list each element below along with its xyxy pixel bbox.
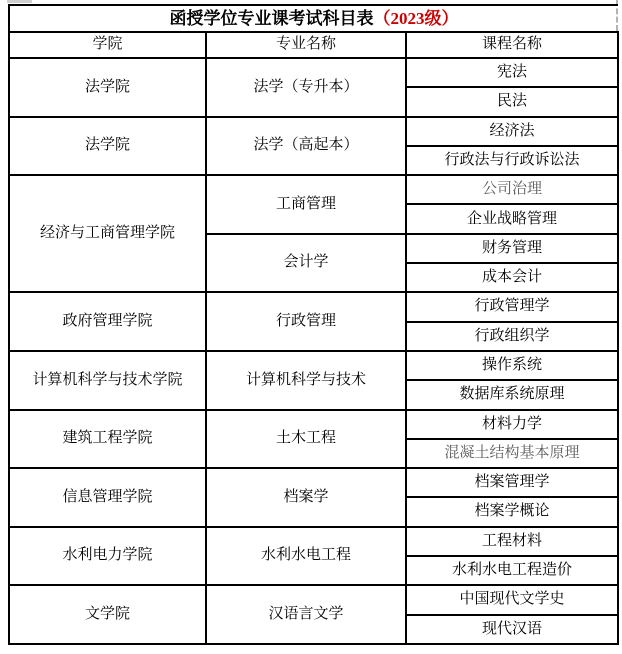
major-cell: 水利水电工程 xyxy=(206,527,406,586)
course-cell: 水利水电工程造价 xyxy=(406,556,618,585)
college-cell: 法学院 xyxy=(9,58,206,117)
major-cell: 档案学 xyxy=(206,468,406,527)
course-cell: 档案学概论 xyxy=(406,497,618,526)
column-header-major: 专业名称 xyxy=(206,32,406,58)
college-cell: 文学院 xyxy=(9,585,206,644)
college-cell: 计算机科学与技术学院 xyxy=(9,351,206,410)
exam-subject-table: 函授学位专业课考试科目表（2023级） 学院 专业名称 课程名称 法学院法学（专… xyxy=(8,4,619,645)
college-cell: 水利电力学院 xyxy=(9,527,206,586)
course-cell: 宪法 xyxy=(406,58,618,87)
major-cell: 汉语言文学 xyxy=(206,585,406,644)
course-row: 法学院法学（专升本）宪法 xyxy=(9,58,618,87)
course-cell: 成本会计 xyxy=(406,263,618,292)
course-cell: 材料力学 xyxy=(406,410,618,439)
college-cell: 政府管理学院 xyxy=(9,292,206,351)
course-row: 法学院法学（高起本）经济法 xyxy=(9,117,618,146)
college-cell: 经济与工商管理学院 xyxy=(9,175,206,292)
course-cell: 数据库系统原理 xyxy=(406,380,618,409)
major-cell: 土木工程 xyxy=(206,410,406,469)
course-row: 经济与工商管理学院工商管理公司治理 xyxy=(9,175,618,204)
table-title-black: 函授学位专业课考试科目表 xyxy=(170,9,374,28)
major-cell: 工商管理 xyxy=(206,175,406,234)
table-title-row: 函授学位专业课考试科目表（2023级） xyxy=(9,5,618,32)
college-cell: 建筑工程学院 xyxy=(9,410,206,469)
course-row: 计算机科学与技术学院计算机科学与技术操作系统 xyxy=(9,351,618,380)
course-row: 文学院汉语言文学中国现代文学史 xyxy=(9,585,618,614)
major-cell: 法学（专升本） xyxy=(206,58,406,117)
course-cell: 民法 xyxy=(406,87,618,116)
course-cell: 行政组织学 xyxy=(406,322,618,351)
table-title: 函授学位专业课考试科目表（2023级） xyxy=(9,5,618,32)
course-cell: 行政管理学 xyxy=(406,292,618,321)
table-title-red: （2023级） xyxy=(374,9,459,28)
college-cell: 信息管理学院 xyxy=(9,468,206,527)
column-header-course: 课程名称 xyxy=(406,32,618,58)
course-cell: 混凝土结构基本原理 xyxy=(406,439,618,468)
course-cell: 现代汉语 xyxy=(406,615,618,644)
course-cell: 行政法与行政诉讼法 xyxy=(406,146,618,175)
course-cell: 企业战略管理 xyxy=(406,204,618,233)
course-row: 信息管理学院档案学档案管理学 xyxy=(9,468,618,497)
course-cell: 财务管理 xyxy=(406,234,618,263)
course-row: 水利电力学院水利水电工程工程材料 xyxy=(9,527,618,556)
major-cell: 会计学 xyxy=(206,234,406,293)
course-cell: 档案管理学 xyxy=(406,468,618,497)
course-cell: 经济法 xyxy=(406,117,618,146)
course-cell: 工程材料 xyxy=(406,527,618,556)
major-cell: 计算机科学与技术 xyxy=(206,351,406,410)
course-cell: 操作系统 xyxy=(406,351,618,380)
table-header-row: 学院 专业名称 课程名称 xyxy=(9,32,618,58)
major-cell: 法学（高起本） xyxy=(206,117,406,176)
document-page: 函授学位专业课考试科目表（2023级） 学院 专业名称 课程名称 法学院法学（专… xyxy=(0,0,622,654)
major-cell: 行政管理 xyxy=(206,292,406,351)
course-cell: 公司治理 xyxy=(406,175,618,204)
course-row: 建筑工程学院土木工程材料力学 xyxy=(9,410,618,439)
column-header-college: 学院 xyxy=(9,32,206,58)
table-handle-artifact xyxy=(7,0,32,3)
course-cell: 中国现代文学史 xyxy=(406,585,618,614)
college-cell: 法学院 xyxy=(9,117,206,176)
table-body: 法学院法学（专升本）宪法民法法学院法学（高起本）经济法行政法与行政诉讼法经济与工… xyxy=(9,58,618,644)
course-row: 政府管理学院行政管理行政管理学 xyxy=(9,292,618,321)
